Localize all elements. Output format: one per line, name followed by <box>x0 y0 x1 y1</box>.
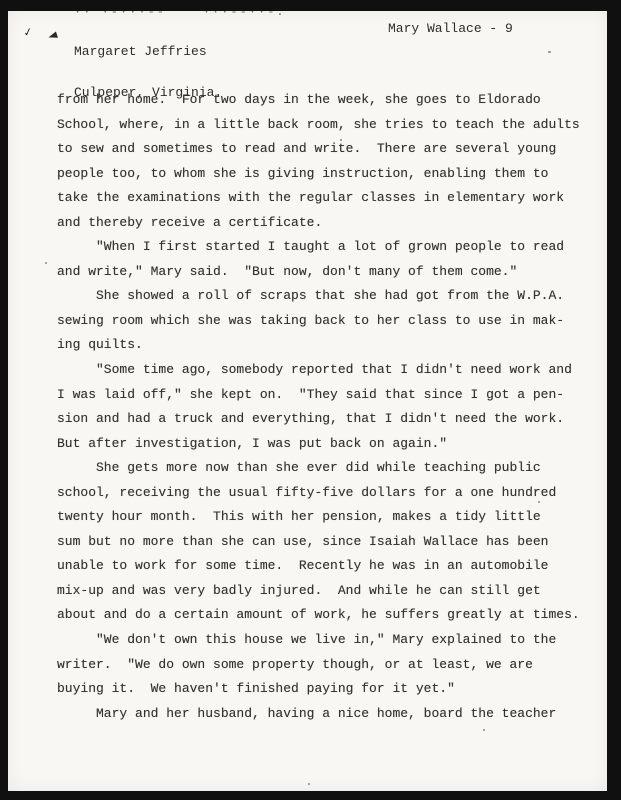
text-line: ing quilts. <box>57 333 602 358</box>
text-line: sum but no more than she can use, since … <box>57 530 602 555</box>
scan-speck <box>308 783 310 785</box>
text-line: twenty hour month. This with her pension… <box>57 505 602 530</box>
pen-arrow-mark: ◄ <box>47 30 60 44</box>
text-line: school, receiving the usual fifty-five d… <box>57 481 602 506</box>
pen-check-mark: ✓ <box>23 24 34 40</box>
text-line: mix-up and was very badly injured. And w… <box>57 579 602 604</box>
text-line: writer. "We do own some property though,… <box>57 653 602 678</box>
text-line: sewing room which she was taking back to… <box>57 309 602 334</box>
text-line: and thereby receive a certificate. <box>57 211 602 236</box>
scan-speck <box>340 139 342 141</box>
scanned-document: { "colors": { "paper": "#f8f7f3", "ink":… <box>0 0 621 800</box>
text-line: "When I first started I taught a lot of … <box>57 235 602 260</box>
text-line: She showed a roll of scraps that she had… <box>57 284 602 309</box>
text-line: She gets more now than she ever did whil… <box>57 456 602 481</box>
text-line: from her home. For two days in the week,… <box>57 88 602 113</box>
text-line: to sew and sometimes to read and write. … <box>57 137 602 162</box>
text-line: "We don't own this house we live in," Ma… <box>57 628 602 653</box>
manuscript-page: ·· ·-···-- ···--··-: ✓ ◄ Margaret Jeffri… <box>8 11 607 791</box>
typewritten-body-text: from her home. For two days in the week,… <box>57 88 602 726</box>
scan-speck <box>45 262 47 264</box>
text-line: buying it. We haven't finished paying fo… <box>57 677 602 702</box>
scan-speck <box>538 501 540 503</box>
scan-speck <box>483 729 485 731</box>
text-line: about and do a certain amount of work, h… <box>57 603 602 628</box>
text-line: and write," Mary said. "But now, don't m… <box>57 260 602 285</box>
text-line: I was laid off," she kept on. "They said… <box>57 383 602 408</box>
scan-speck <box>548 51 551 53</box>
author-name: Margaret Jeffries <box>74 45 222 59</box>
text-line: "Some time ago, somebody reported that I… <box>57 358 602 383</box>
text-line: sion and had a truck and everything, tha… <box>57 407 602 432</box>
text-line: unable to work for some time. Recently h… <box>57 554 602 579</box>
text-line: But after investigation, I was put back … <box>57 432 602 457</box>
text-line: people too, to whom she is giving instru… <box>57 162 602 187</box>
running-header-title: Mary Wallace - 9 <box>388 21 513 36</box>
text-line: School, where, in a little back room, sh… <box>57 113 602 138</box>
struck-out-text-remnant: ·· ·-···-- ···--··-: <box>74 11 286 17</box>
text-line: take the examinations with the regular c… <box>57 186 602 211</box>
text-line: Mary and her husband, having a nice home… <box>57 702 602 727</box>
